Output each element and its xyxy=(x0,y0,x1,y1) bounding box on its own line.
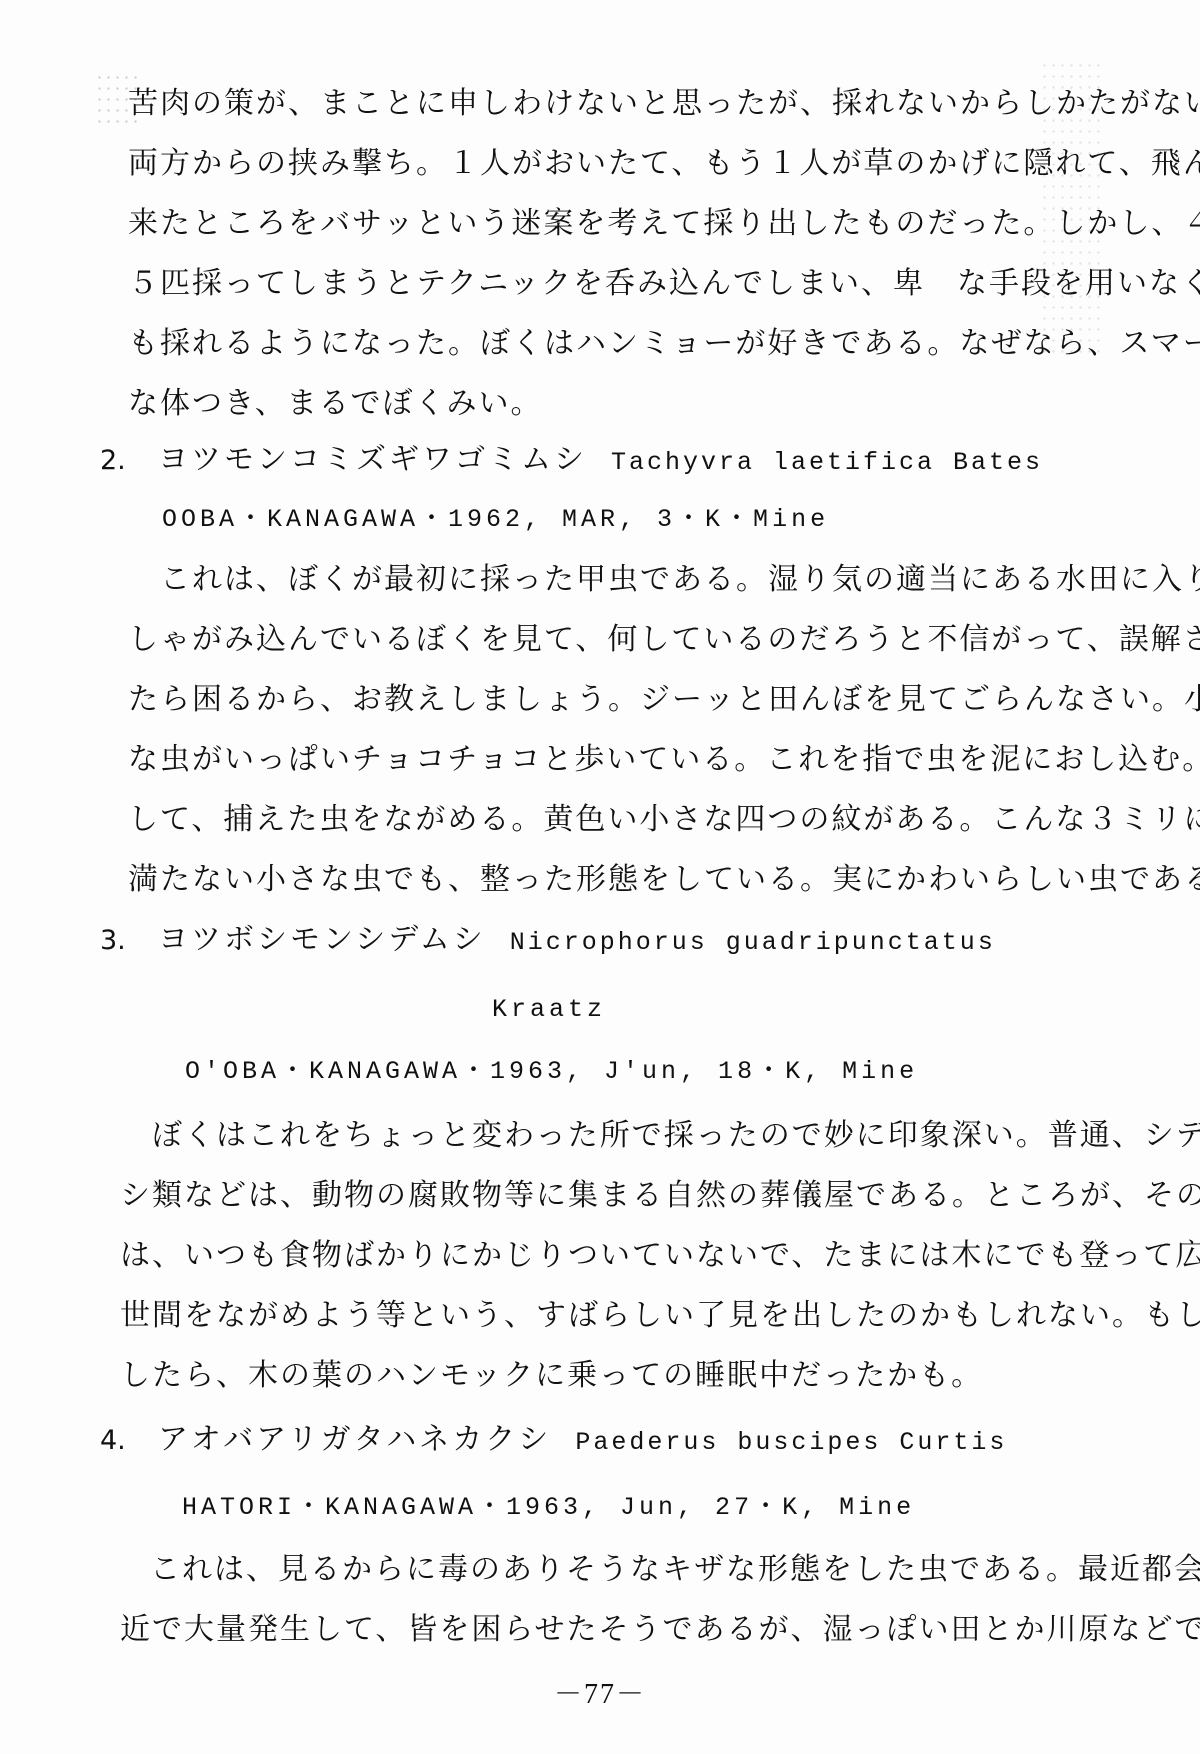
author-line: Kraatz xyxy=(492,990,606,1030)
entry-heading: 4.アオバアリガタハネカクシPaederus buscipes Curtis xyxy=(100,1420,1007,1463)
text-line: 世間をながめよう等という、すばらしい了見を出したのかもしれない。もしか xyxy=(120,1296,1200,1336)
collection-record: OOBA・KANAGAWA・1962, MAR, 3・K・Mine xyxy=(162,500,829,540)
entry-heading: 3.ヨツボシモンシデムシNicrophorus guadripunctatus xyxy=(100,920,996,963)
entry-number: 2. xyxy=(100,441,158,481)
text-line: これは、見るからに毒のありそうなキザな形態をした虫である。最近都会付 xyxy=(150,1550,1200,1590)
text-line: 来たところをバサッという迷案を考えて採り出したものだった。しかし、４～ xyxy=(128,204,1200,244)
text-line: シ類などは、動物の腐敗物等に集まる自然の葬儀屋である。ところが、その日 xyxy=(120,1176,1200,1216)
text-line: これは、ぼくが最初に採った甲虫である。湿り気の適当にある水田に入り、 xyxy=(160,560,1200,600)
scientific-name: Nicrophorus guadripunctatus xyxy=(510,928,996,957)
page-number: －77－ xyxy=(0,1672,1200,1712)
document-page: 苦肉の策が、まことに申しわけないと思ったが、採れないからしかたがない、 両方から… xyxy=(0,0,1200,1754)
scientific-name: Tachyvra laetifica Bates xyxy=(611,448,1043,477)
text-line: 両方からの挟み撃ち。１人がおいたて、もう１人が草のかげに隠れて、飛んで xyxy=(128,144,1200,184)
text-line: ぼくはこれをちょっと変わった所で採ったので妙に印象深い。普通、シデム xyxy=(152,1116,1200,1156)
text-line: して、捕えた虫をながめる。黄色い小さな四つの紋がある。こんな３ミリにも xyxy=(128,800,1200,840)
text-line: ５匹採ってしまうとテクニックを呑み込んでしまい、卑 な手段を用いなくと xyxy=(128,264,1200,304)
text-line: な虫がいっぱいチョコチョコと歩いている。これを指で虫を泥におし込む。そ xyxy=(128,740,1200,780)
japanese-name: ヨツモンコミズギワゴミムシ xyxy=(158,442,587,477)
text-line: たら困るから、お教えしましょう。ジーッと田んぼを見てごらんなさい。小さ xyxy=(128,680,1200,720)
entry-heading: 2.ヨツモンコミズギワゴミムシTachyvra laetifica Bates xyxy=(100,440,1043,483)
text-line: したら、木の葉のハンモックに乗っての睡眠中だったかも。 xyxy=(120,1356,983,1396)
entry-number: 3. xyxy=(100,921,158,961)
text-line: も採れるようになった。ぼくはハンミョーが好きである。なぜなら、スマート xyxy=(128,324,1200,364)
collection-record: O'OBA・KANAGAWA・1963, J'un, 18・K, Mine xyxy=(185,1052,918,1092)
text-line: 近で大量発生して、皆を困らせたそうであるが、湿っぽい田とか川原などでよ xyxy=(120,1610,1200,1650)
japanese-name: アオバアリガタハネカクシ xyxy=(158,1422,551,1457)
text-line: な体つき、まるでぼくみい。 xyxy=(128,384,543,424)
text-line: 苦肉の策が、まことに申しわけないと思ったが、採れないからしかたがない、 xyxy=(128,84,1200,124)
text-line: 満たない小さな虫でも、整った形態をしている。実にかわいらしい虫である。 xyxy=(128,860,1200,900)
text-line: しゃがみ込んでいるぼくを見て、何しているのだろうと不信がって、誤解され xyxy=(128,620,1200,660)
scientific-name: Paederus buscipes Curtis xyxy=(575,1428,1007,1457)
collection-record: HATORI・KANAGAWA・1963, Jun, 27・K, Mine xyxy=(182,1488,915,1528)
japanese-name: ヨツボシモンシデムシ xyxy=(158,922,486,957)
entry-number: 4. xyxy=(100,1421,158,1461)
text-line: は、いつも食物ばかりにかじりついていないで、たまには木にでも登って広い xyxy=(120,1236,1200,1276)
